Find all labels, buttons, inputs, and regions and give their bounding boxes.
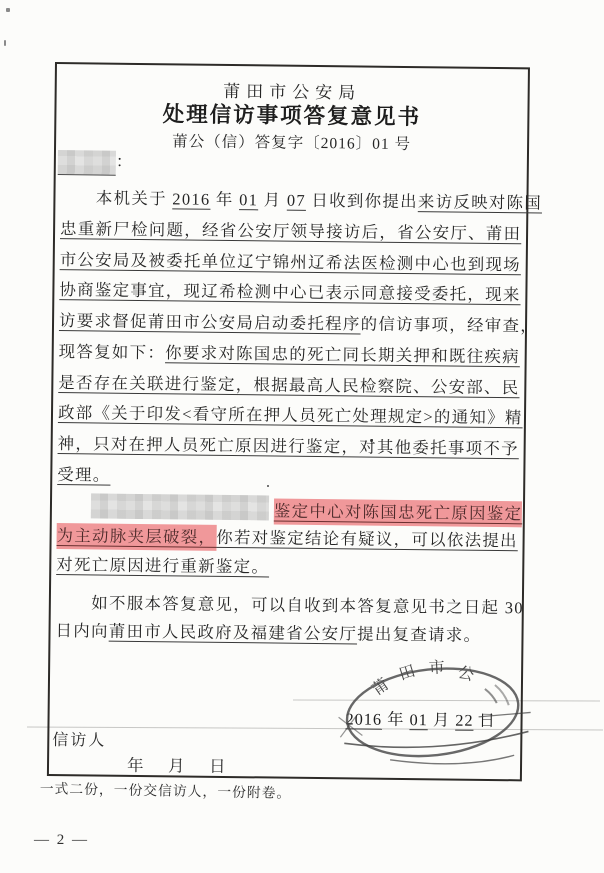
body-line: 如不服本答复意见，可以自收到本答复意见书之日起 30 — [56, 591, 517, 619]
text-segment: 提出复查请求。 — [357, 624, 481, 644]
body-line: 神，只对在押人员死亡原因进行鉴定，对其他委托事项不予 — [58, 432, 519, 460]
petitioner-label: 信访人 — [52, 727, 106, 751]
text-segment: 市公安局及被委托单位辽宁锦州辽希法医检测中心也到现场 — [60, 250, 521, 274]
blank-date-placeholder: 年 月 日 — [127, 752, 230, 777]
pen-flourish — [479, 712, 531, 718]
text-segment: 对死亡原因进行重新鉴定。 — [56, 555, 269, 576]
seal-char: 公 — [456, 664, 476, 684]
text-segment: 来访反映对陈国 — [418, 192, 542, 212]
text-segment: 日收到你提出 — [306, 191, 418, 211]
body-line: 市公安局及被委托单位辽宁锦州辽希法医检测中心也到现场 — [60, 248, 521, 276]
text-segment: 如不服本答复意见，可以自收到本答复意见书之日起 30 — [56, 593, 524, 617]
scan-speck — [4, 40, 6, 46]
text-segment: 受理。 — [57, 465, 110, 485]
body-line: 政部《关于印发<看守所在押人员死亡处理规定>的通知》精 — [58, 401, 519, 429]
text-segment: 月 — [258, 190, 287, 209]
text-segment: 你若对鉴定结论有疑议，可以依法提出 — [216, 528, 518, 550]
text-segment: 01 — [239, 190, 258, 209]
text-segment: 你要求对陈国忠的死亡同长期关押和既往疾病 — [165, 343, 520, 366]
body-line: 为主动脉夹层破裂，你若对鉴定结论有疑议，可以依法提出 — [56, 524, 517, 552]
text-segment: 2016 — [172, 189, 210, 208]
text-segment: 年 — [210, 190, 239, 209]
pen-flourish — [338, 715, 362, 737]
body-line: 是否存在关联进行鉴定，根据最高人民检察院、公安部、民 — [58, 371, 519, 399]
text-segment: 协商鉴定事宜，现辽希检测中心已表示同意接受委托，现来 — [59, 280, 520, 304]
recipient-colon: ： — [116, 154, 132, 171]
text-segment: 莆田市人民政府及福建省公安厅 — [109, 622, 358, 644]
body-line: 忠重新尸检问题，经省公安厅领导接访后，省公安厅、莆田 — [60, 217, 521, 245]
seal-smudge — [485, 689, 497, 703]
body-line: 受理。 — [57, 463, 518, 491]
scanned-document-page: 莆田市公安局 处理信访事项答复意见书 莆公（信）答复字〔2016〕01 号 ： … — [0, 0, 604, 873]
document-title: 处理信访事项答复意见书 — [56, 96, 527, 132]
body-line: 对死亡原因进行重新鉴定。 — [56, 553, 517, 581]
copy-distribution-note: 一式二份，一份交信访人，一份附卷。 — [40, 777, 292, 802]
page-number: — 2 — — [34, 832, 89, 849]
body-line: 本机关于 2016 年 01 月 07 日收到你提出来访反映对陈国 — [60, 186, 521, 214]
document-frame: 莆田市公安局 处理信访事项答复意见书 莆公（信）答复字〔2016〕01 号 ： … — [47, 62, 530, 781]
text-segment: 的信访事项，经审查， — [361, 314, 539, 335]
highlighted-text-segment: 鉴定中心对陈国忠死亡原因鉴定 — [274, 499, 523, 528]
seal-char: 市 — [428, 658, 445, 677]
text-segment: 现答复如下： — [59, 342, 166, 362]
body-line: 日内向莆田市人民政府及福建省公安厅提出复查请求。 — [55, 619, 516, 647]
recipient-line: ： — [58, 148, 132, 175]
body-line: 访要求督促莆田市公安局启动委托程序的信访事项，经审查， — [59, 309, 520, 337]
body-line: 协商鉴定事宜，现辽希检测中心已表示同意接受委托，现来 — [59, 278, 520, 306]
body-line: 现答复如下：你要求对陈国忠的死亡同长期关押和既往疾病 — [59, 340, 520, 368]
text-segment: 07 — [287, 191, 306, 210]
scan-speck — [6, 8, 10, 12]
text-segment: 本机关于 — [60, 188, 172, 208]
redaction-block — [91, 493, 269, 520]
text-segment: 访要求督促莆田市公安局启动委托程序 — [59, 311, 361, 333]
text-segment: 神，只对在押人员死亡原因进行鉴定，对其他委托事项不予 — [58, 434, 519, 458]
body-lines: 本机关于 2016 年 01 月 07 日收到你提出来访反映对陈国忠重新尸检问题… — [57, 64, 528, 69]
text-segment: 政部《关于印发<看守所在押人员死亡处理规定>的通知》精 — [58, 403, 523, 427]
redaction-block — [58, 150, 116, 176]
text-segment: 是否存在关联进行鉴定，根据最高人民检察院、公安部、民 — [58, 373, 519, 397]
highlighted-text-segment: 为主动脉夹层破裂， — [56, 523, 216, 551]
seal-char: 田 — [397, 663, 417, 684]
official-seal: 莆 田 市 公 — [332, 653, 533, 780]
text-segment: 忠重新尸检问题，经省公安厅领导接访后，省公安厅、莆田 — [60, 219, 521, 243]
text-segment: 日内向 — [55, 621, 108, 641]
